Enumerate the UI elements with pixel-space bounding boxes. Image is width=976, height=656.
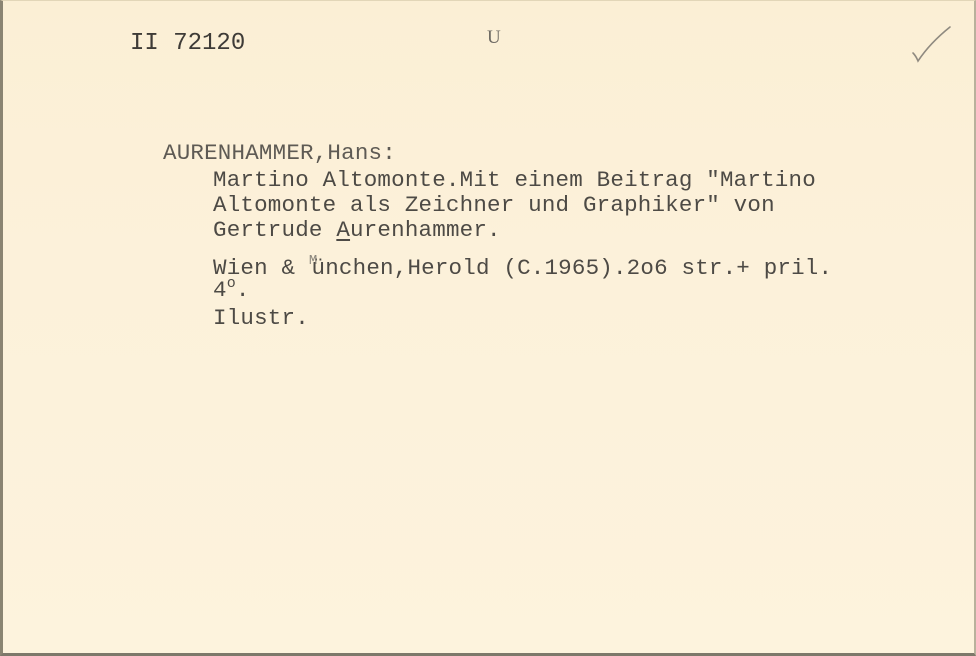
call-number: II 72120 (130, 30, 245, 57)
title-line-2: Altomonte als Zeichner und Graphiker" vo… (213, 192, 775, 218)
format-number: 4 (213, 277, 227, 303)
imprint-correction: M (309, 253, 318, 269)
contributor-prefix: Gertrude (213, 217, 336, 243)
corner-mark: U (487, 27, 501, 49)
checkmark-icon (908, 23, 956, 65)
imprint-rest: ünchen,Herold (C.1965).2o6 str.+ pril. (312, 255, 833, 281)
format-line: 4o. (213, 277, 250, 303)
contributor-initial: A (336, 217, 350, 243)
author-heading: AURENHAMMER,Hans: (163, 140, 396, 166)
illustrations-note: Ilustr. (213, 305, 309, 331)
title-line-1: Martino Altomonte.Mit einem Beitrag "Mar… (213, 167, 816, 193)
format-degree: o (227, 275, 236, 292)
contributor-line: Gertrude Aurenhammer. (213, 217, 501, 243)
catalog-card: II 72120 U AURENHAMMER,Hans: Martino Alt… (0, 0, 976, 656)
format-suffix: . (236, 277, 250, 303)
imprint-line: Wien & München,Herold (C.1965).2o6 str.+… (213, 255, 832, 281)
contributor-rest: urenhammer. (350, 217, 501, 243)
